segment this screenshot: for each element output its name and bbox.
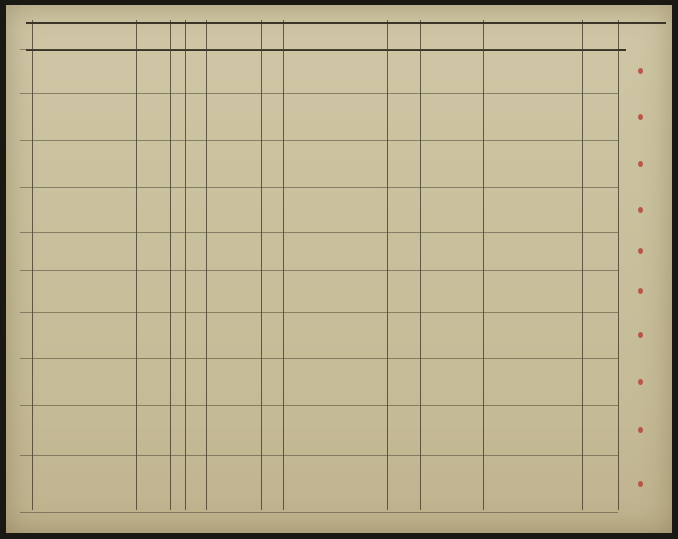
column-header-6 xyxy=(206,22,261,42)
nationality xyxy=(390,153,419,164)
column-header-11 xyxy=(483,22,582,42)
nationality xyxy=(390,473,419,484)
column-header-8 xyxy=(283,22,387,42)
nationality xyxy=(390,241,419,252)
row-divider xyxy=(20,270,618,271)
nationality xyxy=(390,106,419,117)
red-mark xyxy=(638,427,643,433)
nationality xyxy=(390,325,419,336)
row-divider xyxy=(20,49,618,50)
column-header-3 xyxy=(136,22,170,42)
row-divider xyxy=(20,93,618,94)
column-header-9 xyxy=(387,22,420,42)
red-mark xyxy=(638,379,643,385)
row-divider xyxy=(20,312,618,313)
nationality xyxy=(390,199,419,210)
nationality xyxy=(390,61,419,72)
column-divider xyxy=(618,20,619,510)
column-header-1 xyxy=(20,22,32,42)
column-header-12 xyxy=(582,22,618,42)
row-divider xyxy=(20,232,618,233)
red-mark xyxy=(638,481,643,487)
red-mark xyxy=(638,332,643,338)
column-header-4 xyxy=(170,22,185,42)
column-header-2 xyxy=(32,22,136,42)
nationality xyxy=(390,420,419,431)
row-divider xyxy=(20,358,618,359)
column-header-10 xyxy=(420,22,483,42)
ledger-page xyxy=(6,5,672,533)
nationality xyxy=(390,371,419,382)
red-mark xyxy=(638,207,643,213)
column-header-5 xyxy=(185,22,206,42)
red-mark xyxy=(638,288,643,294)
row-divider xyxy=(20,187,618,188)
red-mark xyxy=(638,68,643,74)
row-divider xyxy=(20,455,618,456)
row-divider xyxy=(20,140,618,141)
row-divider xyxy=(20,512,618,513)
column-header-13 xyxy=(618,22,660,42)
row-divider xyxy=(20,405,618,406)
column-header-7 xyxy=(261,22,283,42)
red-mark xyxy=(638,248,643,254)
nationality xyxy=(390,281,419,292)
red-mark xyxy=(638,161,643,167)
red-mark xyxy=(638,114,643,120)
